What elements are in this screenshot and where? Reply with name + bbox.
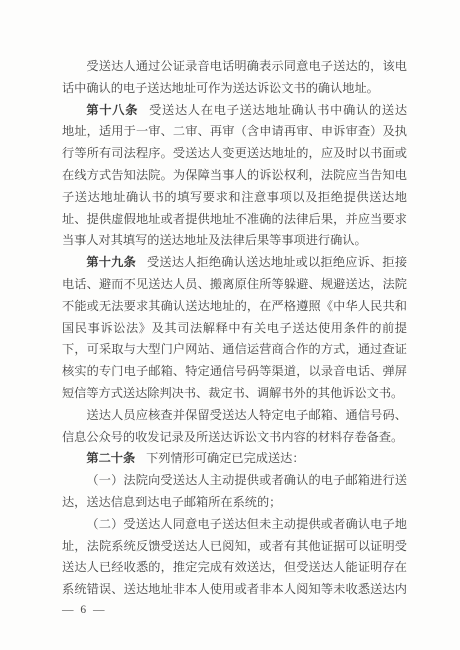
text-line: 子送达地址确认书的填写要求和注意事项以及拒绝提供送达地: [62, 187, 407, 209]
line-text: 址、提供虚假地址或者提供地址不准确的法律后果，并应当要求: [62, 212, 407, 226]
article-number: 第十九条: [86, 255, 136, 269]
text-line: 不能或无法要求其确认送达地址的，在严格遵照《中华人民共和: [62, 296, 407, 318]
line-text: 送达人已经收悉的，推定完成有效送达，但受送达人能证明存在: [62, 560, 407, 574]
line-text: 子送达地址确认书的填写要求和注意事项以及拒绝提供送达地: [62, 190, 407, 204]
line-text: 下，可采取与大型门户网站、通信运营商合作的方式，通过查证: [62, 342, 407, 356]
text-line: 址，法院系统反馈受送达人已阅知，或者有其他证据可以证明受: [62, 536, 407, 558]
text-line: 地址，适用于一审、二审、再审（含申请再审、申诉审查）及执: [62, 121, 407, 143]
text-line: 受送达人通过公证录音电话明确表示同意电子送达的，该电: [62, 56, 407, 78]
text-line: 在线方式告知法院。为保障当事人的诉讼权利，法院应当告知电: [62, 165, 407, 187]
text-line: 址、提供虚假地址或者提供地址不准确的法律后果，并应当要求: [62, 209, 407, 231]
line-text: 电话、避而不见送达人员、搬离原住所等躲避、规避送达，法院: [62, 277, 407, 291]
line-text: 核实的专门电子邮箱、特定通信号码等渠道，以录音电话、弹屏: [62, 364, 407, 378]
line-text: 达，送达信息到达电子邮箱所在系统的；: [62, 495, 281, 509]
line-text: （二）受送达人同意电子送达但未主动提供或者确认电子地: [86, 517, 407, 531]
text-line: 国民事诉讼法》及其司法解释中有关电子送达使用条件的前提: [62, 318, 407, 340]
text-line: 送达人已经收悉的，推定完成有效送达，但受送达人能证明存在: [62, 557, 407, 579]
article-number: 第二十条: [86, 451, 135, 465]
line-text: 信息公众号的收发记录及所送达诉讼文书内容的材料存卷备查。: [62, 430, 403, 444]
text-line: （一）法院向受送达人主动提供或者确认的电子邮箱进行送: [62, 470, 407, 492]
line-text: （一）法院向受送达人主动提供或者确认的电子邮箱进行送: [86, 473, 407, 487]
line-text: 短信等方式送达除判决书、裁定书、调解书外的其他诉讼文书。: [62, 386, 403, 400]
text-line: 行等所有司法程序。受送达人变更送达地址的，应及时以书面或: [62, 143, 407, 165]
text-line: 第二十条下列情形可确定已完成送达：: [62, 448, 407, 470]
line-text: 址，法院系统反馈受送达人已阅知，或者有其他证据可以证明受: [62, 539, 407, 553]
text-line: 当事人对其填写的送达地址及法律后果等事项进行确认。: [62, 230, 407, 252]
text-line: 第十九条受送达人拒绝确认送达地址或以拒绝应诉、拒接: [62, 252, 407, 274]
article-number: 第十八条: [86, 103, 138, 117]
text-line: 达，送达信息到达电子邮箱所在系统的；: [62, 492, 407, 514]
page-number-footer: — 6 —: [62, 602, 107, 618]
line-text: 系统错误、送达地址非本人使用或者非本人阅知等未收悉送达内: [62, 582, 407, 596]
text-line: 短信等方式送达除判决书、裁定书、调解书外的其他诉讼文书。: [62, 383, 407, 405]
text-line: 系统错误、送达地址非本人使用或者非本人阅知等未收悉送达内: [62, 579, 407, 601]
line-text: 送达人员应核查并保留受送达人特定电子邮箱、通信号码、: [86, 408, 407, 422]
line-text: 在线方式告知法院。为保障当事人的诉讼权利，法院应当告知电: [62, 168, 407, 182]
text-line: 电话、避而不见送达人员、搬离原住所等躲避、规避送达，法院: [62, 274, 407, 296]
text-line: 下，可采取与大型门户网站、通信运营商合作的方式，通过查证: [62, 339, 407, 361]
text-line: 送达人员应核查并保留受送达人特定电子邮箱、通信号码、: [62, 405, 407, 427]
text-line: 话中确认的电子送达地址可作为送达诉讼文书的确认地址。: [62, 78, 407, 100]
line-text: 话中确认的电子送达地址可作为送达诉讼文书的确认地址。: [62, 81, 379, 95]
text-line: （二）受送达人同意电子送达但未主动提供或者确认电子地: [62, 514, 407, 536]
document-page: 受送达人通过公证录音电话明确表示同意电子送达的，该电话中确认的电子送达地址可作为…: [0, 0, 460, 650]
line-text: 不能或无法要求其确认送达地址的，在严格遵照《中华人民共和: [62, 299, 407, 313]
line-text: 国民事诉讼法》及其司法解释中有关电子送达使用条件的前提: [62, 321, 407, 335]
line-text: 受送达人通过公证录音电话明确表示同意电子送达的，该电: [86, 59, 407, 73]
line-text: 下列情形可确定已完成送达：: [146, 451, 304, 465]
line-text: 受送达人在电子送达地址确认书中确认的送达: [149, 103, 407, 117]
text-line: 第十八条受送达人在电子送达地址确认书中确认的送达: [62, 100, 407, 122]
text-line: 核实的专门电子邮箱、特定通信号码等渠道，以录音电话、弹屏: [62, 361, 407, 383]
document-body-text: 受送达人通过公证录音电话明确表示同意电子送达的，该电话中确认的电子送达地址可作为…: [62, 56, 407, 601]
text-line: 信息公众号的收发记录及所送达诉讼文书内容的材料存卷备查。: [62, 427, 407, 449]
line-text: 地址，适用于一审、二审、再审（含申请再审、申诉审查）及执: [62, 124, 407, 138]
line-text: 当事人对其填写的送达地址及法律后果等事项进行确认。: [62, 233, 367, 247]
line-text: 受送达人拒绝确认送达地址或以拒绝应诉、拒接: [147, 255, 407, 269]
line-text: 行等所有司法程序。受送达人变更送达地址的，应及时以书面或: [62, 146, 407, 160]
